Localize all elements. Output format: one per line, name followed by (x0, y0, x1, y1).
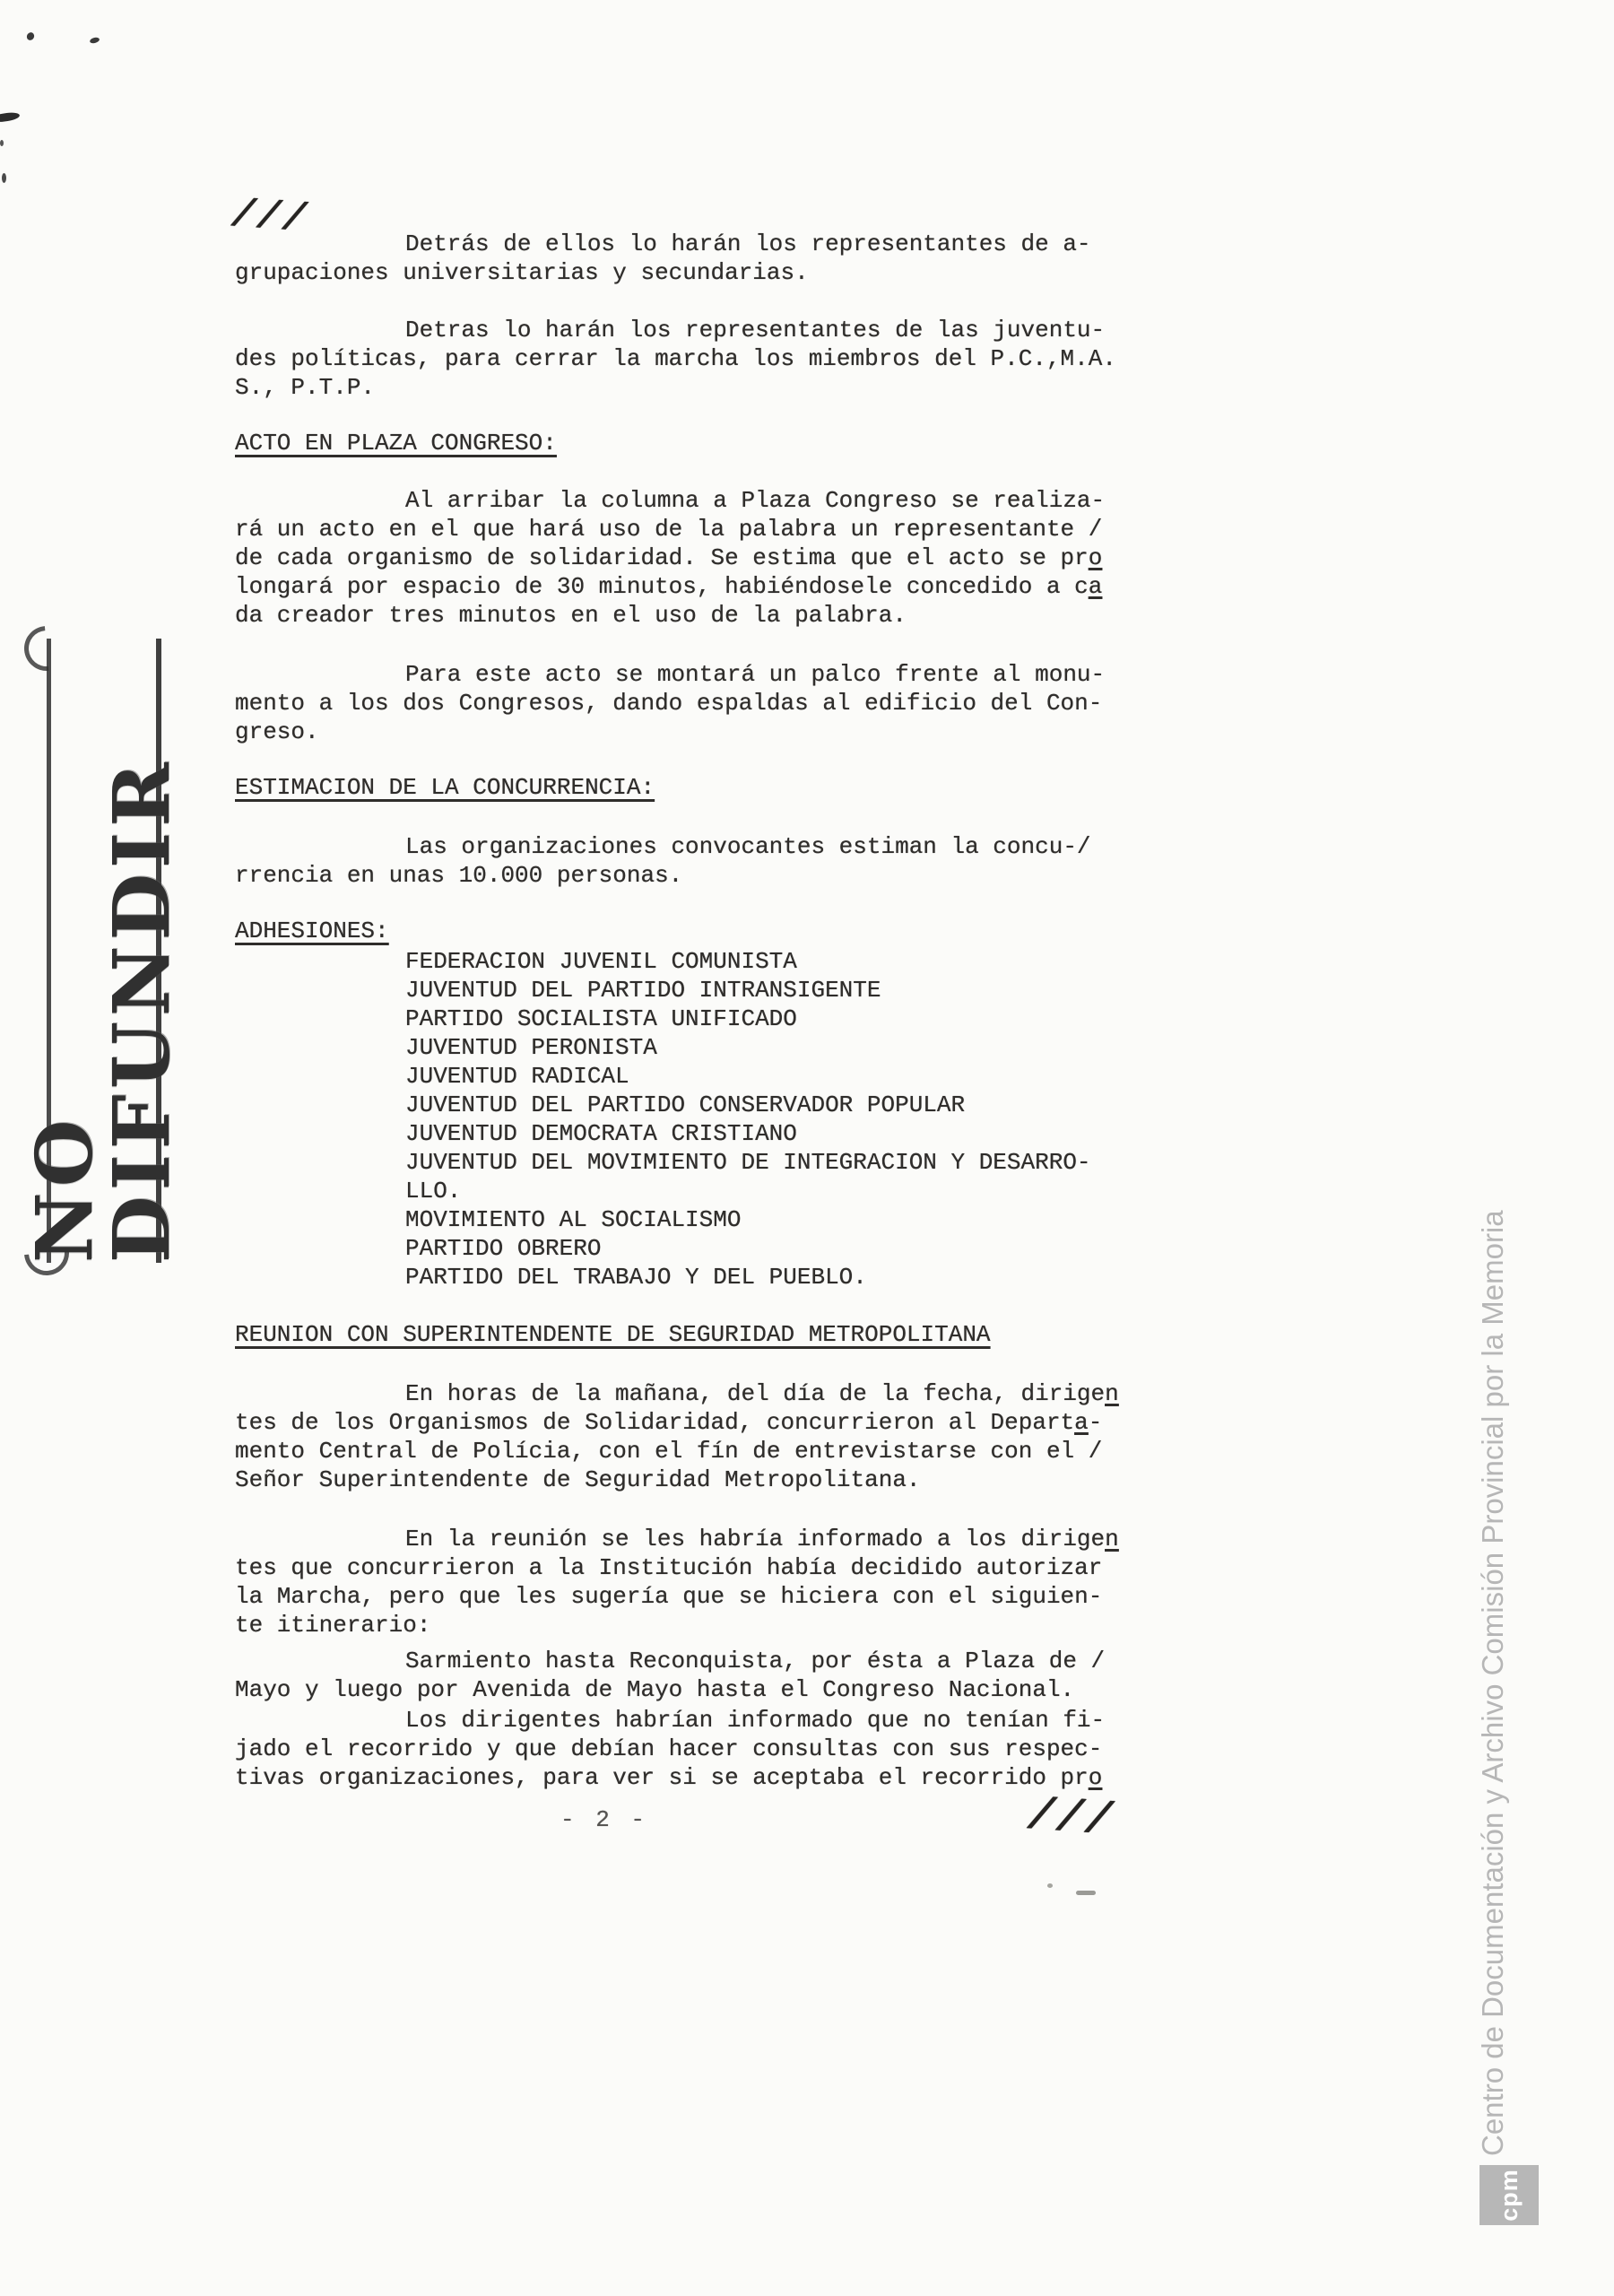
text-line: greso. (235, 717, 1158, 746)
text-line: rrencia en unas 10.000 personas. (235, 861, 1158, 890)
cpm-logo: cpm (1479, 2165, 1539, 2225)
text-line: Los dirigentes habrían informado que no … (235, 1706, 1158, 1735)
text-line: de cada organismo de solidaridad. Se est… (235, 544, 1158, 572)
text-line: tes que concurrieron a la Institución ha… (235, 1553, 1158, 1582)
list-item: PARTIDO DEL TRABAJO Y DEL PUEBLO. (405, 1263, 1329, 1291)
stamp-text: NO DIFUNDIR (27, 639, 181, 1263)
ink-speck (89, 37, 100, 45)
stamp-frame: NO DIFUNDIR (47, 639, 161, 1263)
text-line: da creador tres minutos en el uso de la … (235, 601, 1158, 630)
text-line: Para este acto se montará un palco frent… (235, 660, 1158, 689)
list-item: JUVENTUD PERONISTA (405, 1033, 1329, 1062)
list-item: PARTIDO OBRERO (405, 1234, 1329, 1263)
list-item: LLO. (405, 1177, 1329, 1205)
section-heading-reunion: REUNION CON SUPERINTENDENTE DE SEGURIDAD… (235, 1320, 1158, 1349)
text-line: Sarmiento hasta Reconquista, por ésta a … (235, 1647, 1158, 1675)
text-line: En la reunión se les habría informado a … (235, 1525, 1158, 1553)
ink-speck (1047, 1883, 1053, 1888)
text-line: rá un acto en el que hará uso de la pala… (235, 515, 1158, 544)
paragraph-1: Detrás de ellos lo harán los representan… (235, 230, 1158, 287)
paragraph-8: Sarmiento hasta Reconquista, por ésta a … (235, 1647, 1158, 1704)
paragraph-9: Los dirigentes habrían informado que no … (235, 1706, 1158, 1792)
ink-speck (1076, 1891, 1096, 1895)
text-line: S., P.T.P. (235, 373, 1158, 402)
text-line: Señor Superintendente de Seguridad Metro… (235, 1465, 1158, 1494)
paragraph-7: En la reunión se les habría informado a … (235, 1525, 1158, 1639)
ink-speck (0, 111, 20, 123)
text-line: tes de los Organismos de Solidaridad, co… (235, 1408, 1158, 1437)
text-line: REUNION CON SUPERINTENDENTE DE SEGURIDAD… (235, 1320, 1158, 1349)
text-line: grupaciones universitarias y secundarias… (235, 258, 1158, 287)
section-heading-estimacion: ESTIMACION DE LA CONCURRENCIA: (235, 773, 1158, 802)
text-line: mento Central de Polícia, con el fín de … (235, 1437, 1158, 1465)
section-heading-acto: ACTO EN PLAZA CONGRESO: (235, 429, 1158, 457)
ink-speck (25, 31, 35, 42)
text-line: la Marcha, pero que les sugería que se h… (235, 1582, 1158, 1611)
text-line: te itinerario: (235, 1611, 1158, 1639)
ink-speck (2, 173, 6, 183)
text-line: jado el recorrido y que debían hacer con… (235, 1735, 1158, 1763)
text-line: En horas de la mañana, del día de la fec… (235, 1379, 1158, 1408)
continuation-slashes-bottom: /// (1026, 1791, 1115, 1848)
text-line: mento a los dos Congresos, dando espalda… (235, 689, 1158, 717)
list-item: FEDERACION JUVENIL COMUNISTA (405, 947, 1329, 976)
page-number: - 2 - (560, 1806, 648, 1833)
adhesiones-list: FEDERACION JUVENIL COMUNISTA JUVENTUD DE… (405, 947, 1329, 1291)
list-item: MOVIMIENTO AL SOCIALISMO (405, 1205, 1329, 1234)
ink-speck (0, 140, 4, 146)
list-item: JUVENTUD DEL PARTIDO INTRANSIGENTE (405, 976, 1329, 1004)
list-item: PARTIDO SOCIALISTA UNIFICADO (405, 1004, 1329, 1033)
scanned-document-page: /// Detrás de ellos lo harán los represe… (0, 0, 1614, 2296)
paragraph-6: En horas de la mañana, del día de la fec… (235, 1379, 1158, 1494)
text-line: longará por espacio de 30 minutos, habié… (235, 572, 1158, 601)
paragraph-4: Para este acto se montará un palco frent… (235, 660, 1158, 746)
text-line: ACTO EN PLAZA CONGRESO: (235, 429, 1158, 457)
list-item: JUVENTUD DEL PARTIDO CONSERVADOR POPULAR (405, 1091, 1329, 1119)
text-line: Detras lo harán los representantes de la… (235, 316, 1158, 344)
list-item: JUVENTUD RADICAL (405, 1062, 1329, 1091)
paragraph-3: Al arribar la columna a Plaza Congreso s… (235, 486, 1158, 630)
text-line: Mayo y luego por Avenida de Mayo hasta e… (235, 1675, 1158, 1704)
text-line: Las organizaciones convocantes estiman l… (235, 832, 1158, 861)
text-line: des políticas, para cerrar la marcha los… (235, 344, 1158, 373)
section-heading-adhesiones: ADHESIONES: (235, 917, 1158, 945)
paragraph-5: Las organizaciones convocantes estiman l… (235, 832, 1158, 890)
paragraph-2: Detras lo harán los representantes de la… (235, 316, 1158, 402)
list-item: JUVENTUD DEMOCRATA CRISTIANO (405, 1119, 1329, 1148)
list-item: JUVENTUD DEL MOVIMIENTO DE INTEGRACION Y… (405, 1148, 1329, 1177)
text-line: tivas organizaciones, para ver si se ace… (235, 1763, 1158, 1792)
no-difundir-stamp: NO DIFUNDIR (47, 639, 161, 1263)
archive-watermark-text: Centro de Documentación y Archivo Comisi… (1472, 1098, 1514, 2156)
text-line: Detrás de ellos lo harán los representan… (235, 230, 1158, 258)
text-line: Al arribar la columna a Plaza Congreso s… (235, 486, 1158, 515)
text-line: ESTIMACION DE LA CONCURRENCIA: (235, 773, 1158, 802)
cpm-logo-text: cpm (1496, 2169, 1523, 2222)
text-line: ADHESIONES: (235, 917, 1158, 945)
